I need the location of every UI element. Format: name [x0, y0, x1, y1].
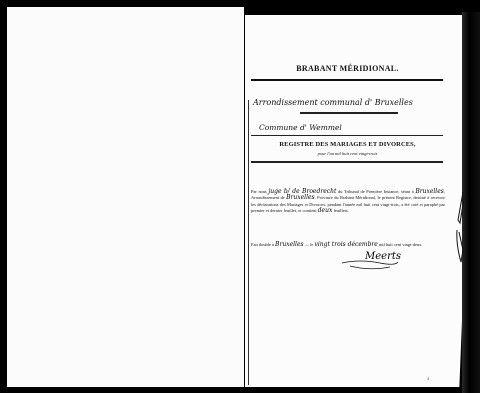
register-subtitle: pour l'an mil huit cent vingt-trois	[245, 151, 450, 156]
para-text: Par nous	[251, 189, 267, 194]
signature-flourish-icon	[340, 257, 400, 273]
divider-rule	[251, 135, 443, 136]
register-title: REGISTRE DES MARIAGES ET DIVORCES,	[245, 141, 450, 148]
divider-rule	[251, 161, 443, 163]
handwritten-date: vingt trois décembre	[314, 241, 377, 248]
done-text: le	[310, 242, 313, 247]
handwritten-place: Bruxelles	[275, 241, 304, 248]
certification-paragraph: Par nous juge b/ de Broedrecht du Tribun…	[251, 189, 445, 215]
arrondissement-line: Arrondissement communal d' Bruxelles	[253, 98, 413, 107]
commune-line: Commune d' Wemmel	[259, 123, 342, 132]
handwritten-arrondissement: Bruxelles	[286, 194, 315, 201]
para-text: feuillets.	[333, 208, 348, 213]
left-page-blank	[7, 7, 244, 387]
done-text: Fait double à	[251, 242, 274, 247]
handwritten-sheet-count: deux	[318, 207, 333, 214]
paper-clip-icon	[455, 190, 465, 265]
province-heading: BRABANT MÉRIDIONAL.	[245, 64, 450, 73]
handwritten-city: Bruxelles	[415, 188, 444, 195]
divider-rule	[300, 112, 398, 114]
done-text: mil huit cent vingt-deux.	[379, 242, 422, 247]
divider-rule	[251, 79, 443, 81]
page-number: 4	[427, 376, 429, 381]
para-text: du Tribunal de Première Instance, séant …	[338, 189, 414, 194]
done-line: Fait double à Bruxelles — le vingt trois…	[251, 241, 445, 248]
